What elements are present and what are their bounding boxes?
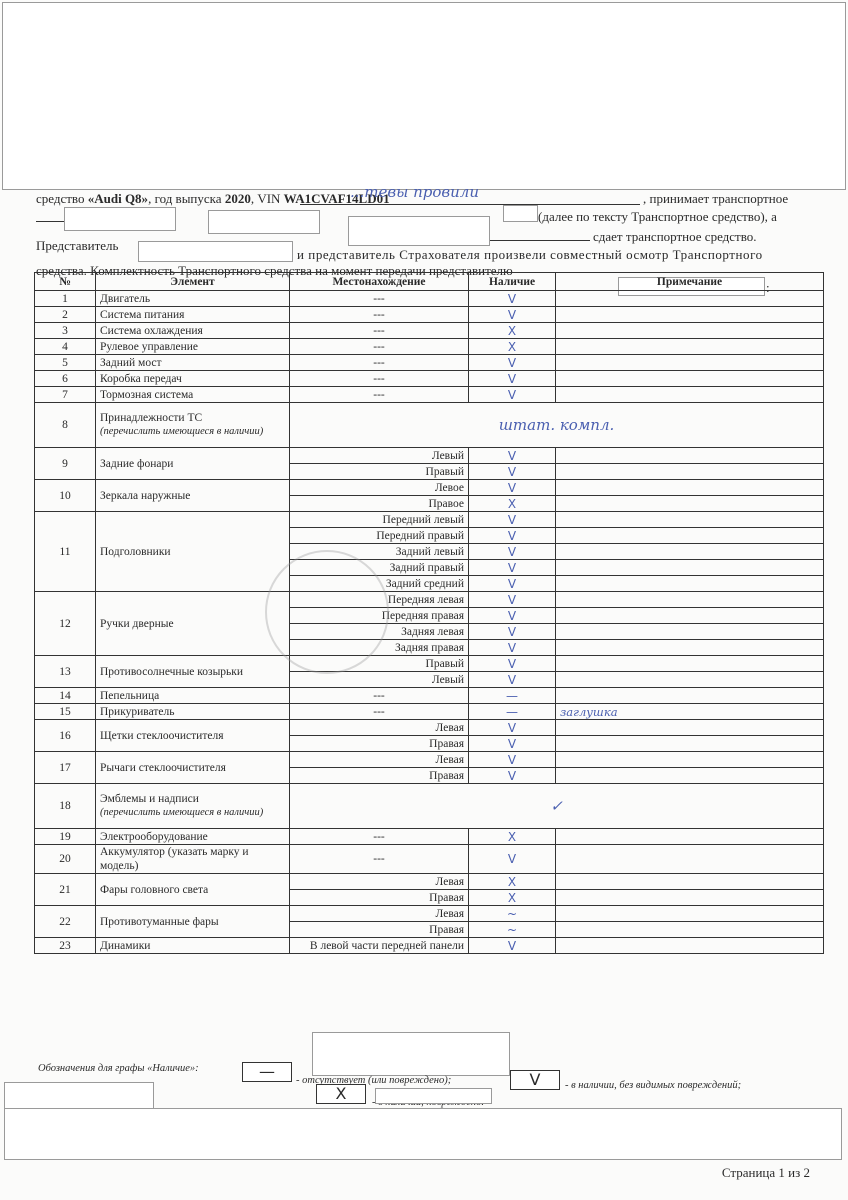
row-note: [556, 640, 824, 656]
table-row: 10Зеркала наружныеЛевоеV: [35, 480, 824, 496]
redacted-party-1: [64, 207, 176, 231]
row-presence-mark: ~: [469, 922, 556, 938]
row-element: Ручки дверные: [96, 592, 290, 656]
row-element: Динамики: [96, 938, 290, 954]
row-note: [556, 656, 824, 672]
row-presence-mark: V: [469, 938, 556, 954]
row-note: [556, 608, 824, 624]
table-row: 17Рычаги стеклоочистителяЛеваяV: [35, 752, 824, 768]
header-presence: Наличие: [469, 273, 556, 291]
table-row: 21Фары головного светаЛеваяX: [35, 874, 824, 890]
row-presence-mark: V: [469, 464, 556, 480]
row-element: Зеркала наружные: [96, 480, 290, 512]
row-presence-mark: ~: [469, 906, 556, 922]
table-row: 5Задний мост---V: [35, 355, 824, 371]
row-note: [556, 448, 824, 464]
row-note: [556, 387, 824, 403]
row-presence-mark: —: [469, 688, 556, 704]
row-location: ---: [290, 829, 469, 845]
page-number: Страница 1 из 2: [722, 1165, 810, 1181]
row-element: Задний мост: [96, 355, 290, 371]
table-row: 16Щетки стеклоочистителяЛеваяV: [35, 720, 824, 736]
row-num: 9: [35, 448, 96, 480]
row-note: [556, 890, 824, 906]
row-element: Пепельница: [96, 688, 290, 704]
row-num: 7: [35, 387, 96, 403]
table-row: 11ПодголовникиПередний левыйV: [35, 512, 824, 528]
row-location: Правый: [290, 464, 469, 480]
row-num: 12: [35, 592, 96, 656]
completeness-table: № Элемент Местонахождение Наличие Примеч…: [34, 272, 824, 954]
table-row: 4Рулевое управление---X: [35, 339, 824, 355]
row-location: ---: [290, 704, 469, 720]
legend-check-text: - в наличии, без видимых повреждений;: [565, 1080, 741, 1091]
row-location: ---: [290, 845, 469, 874]
row-element: Рычаги стеклоочистителя: [96, 752, 290, 784]
row-location: Левая: [290, 906, 469, 922]
row-merged-note: ✓: [290, 784, 824, 829]
table-row: 14Пепельница---—: [35, 688, 824, 704]
row-location: Правая: [290, 922, 469, 938]
row-num: 1: [35, 291, 96, 307]
row-num: 21: [35, 874, 96, 906]
redacted-footer-block: [4, 1108, 842, 1160]
row-location: Передний левый: [290, 512, 469, 528]
intro-prefix: средство: [36, 191, 84, 206]
row-num: 6: [35, 371, 96, 387]
row-presence-mark: V: [469, 355, 556, 371]
row-note: [556, 528, 824, 544]
watermark-logo: [265, 550, 389, 674]
row-location: ---: [290, 688, 469, 704]
row-location: Левая: [290, 874, 469, 890]
row-element: Рулевое управление: [96, 339, 290, 355]
row-num: 18: [35, 784, 96, 829]
row-presence-mark: V: [469, 371, 556, 387]
legend-dash-box: —: [242, 1062, 292, 1082]
header-location: Местонахождение: [290, 273, 469, 291]
row-note: [556, 829, 824, 845]
row-note: [556, 592, 824, 608]
table-row: 18Эмблемы и надписи(перечислить имеющиес…: [35, 784, 824, 829]
row-location: Передний правый: [290, 528, 469, 544]
row-num: 22: [35, 906, 96, 938]
row-presence-mark: X: [469, 890, 556, 906]
table-row: 7Тормозная система---V: [35, 387, 824, 403]
row-presence-mark: V: [469, 672, 556, 688]
row-num: 17: [35, 752, 96, 784]
row-note: [556, 339, 824, 355]
row-element: Принадлежности ТС(перечислить имеющиеся …: [96, 403, 290, 448]
hands-over-text: сдает транспортное средство.: [593, 229, 757, 245]
row-location: В левой части передней панели: [290, 938, 469, 954]
row-element: Щетки стеклоочистителя: [96, 720, 290, 752]
year: 2020: [225, 191, 251, 206]
table-row: 23ДинамикиВ левой части передней панелиV: [35, 938, 824, 954]
redacted-legend-mid: [375, 1088, 492, 1104]
row-element: Тормозная система: [96, 387, 290, 403]
row-num: 20: [35, 845, 96, 874]
row-location: Левый: [290, 448, 469, 464]
row-presence-mark: V: [469, 512, 556, 528]
hereafter-text: (далее по тексту Транспортное средство),…: [538, 209, 777, 225]
row-element: Двигатель: [96, 291, 290, 307]
redacted-party-2: [208, 210, 320, 234]
row-element: Аккумулятор (указать марку и модель): [96, 845, 290, 874]
row-presence-mark: V: [469, 576, 556, 592]
row-location: ---: [290, 355, 469, 371]
row-presence-mark: V: [469, 720, 556, 736]
legend-check-box: V: [510, 1070, 560, 1090]
row-note: [556, 464, 824, 480]
row-note: [556, 752, 824, 768]
element-name: Эмблемы и надписи: [100, 792, 285, 806]
row-presence-mark: V: [469, 291, 556, 307]
row-location: Левая: [290, 720, 469, 736]
redacted-party-3: [348, 216, 490, 246]
row-note: [556, 544, 824, 560]
table-row: 22Противотуманные фарыЛевая~: [35, 906, 824, 922]
car-model: «Audi Q8»: [88, 191, 148, 206]
row-note: [556, 323, 824, 339]
row-presence-mark: V: [469, 656, 556, 672]
row-note: [556, 355, 824, 371]
row-num: 8: [35, 403, 96, 448]
representative-label: Представитель: [36, 238, 118, 254]
row-note: [556, 845, 824, 874]
row-note: заглушка: [556, 704, 824, 720]
table-row: 12Ручки дверныеПередняя леваяV: [35, 592, 824, 608]
row-presence-mark: V: [469, 624, 556, 640]
row-note: [556, 720, 824, 736]
element-hint: (перечислить имеющиеся в наличии): [100, 806, 285, 820]
row-presence-mark: V: [469, 307, 556, 323]
row-presence-mark: —: [469, 704, 556, 720]
and-representative-text: и представитель Страхователя произвели с…: [297, 247, 763, 263]
row-note: [556, 688, 824, 704]
row-presence-mark: V: [469, 752, 556, 768]
row-location: Правая: [290, 890, 469, 906]
row-num: 19: [35, 829, 96, 845]
row-merged-note: штат. компл.: [290, 403, 824, 448]
row-presence-mark: V: [469, 544, 556, 560]
vin-label: , VIN: [251, 191, 281, 206]
row-note: [556, 672, 824, 688]
element-name: Принадлежности ТС: [100, 411, 285, 425]
row-location: Правое: [290, 496, 469, 512]
row-presence-mark: X: [469, 874, 556, 890]
row-element: Противосолнечные козырьки: [96, 656, 290, 688]
row-element: Коробка передач: [96, 371, 290, 387]
redacted-vin-suffix: [503, 205, 538, 222]
row-note: [556, 768, 824, 784]
row-note: [556, 307, 824, 323]
row-presence-mark: V: [469, 768, 556, 784]
row-element: Задние фонари: [96, 448, 290, 480]
row-num: 3: [35, 323, 96, 339]
row-presence-mark: V: [469, 528, 556, 544]
redacted-representative: [138, 241, 293, 262]
row-note: [556, 736, 824, 752]
row-note: [556, 291, 824, 307]
row-location: ---: [290, 339, 469, 355]
table-row: 1Двигатель---V: [35, 291, 824, 307]
row-location: ---: [290, 371, 469, 387]
name-underline: [300, 204, 640, 205]
redacted-header-block: [2, 2, 846, 190]
header-num: №: [35, 273, 96, 291]
row-location: ---: [290, 291, 469, 307]
row-note: [556, 560, 824, 576]
table-row: 19Электрооборудование---X: [35, 829, 824, 845]
row-note: [556, 906, 824, 922]
header-note: Примечание: [556, 273, 824, 291]
row-note: [556, 624, 824, 640]
accepts-text: , принимает транспортное: [643, 191, 788, 207]
party-underline-2: [490, 240, 590, 241]
row-num: 10: [35, 480, 96, 512]
row-note: [556, 922, 824, 938]
row-presence-mark: V: [469, 845, 556, 874]
row-location: Левая: [290, 752, 469, 768]
legend-cross-box: X: [316, 1084, 366, 1104]
row-note: [556, 938, 824, 954]
row-location: ---: [290, 323, 469, 339]
row-location: Левое: [290, 480, 469, 496]
row-note: [556, 371, 824, 387]
row-presence-mark: V: [469, 480, 556, 496]
row-presence-mark: V: [469, 560, 556, 576]
table-row: 15Прикуриватель---—заглушка: [35, 704, 824, 720]
row-num: 23: [35, 938, 96, 954]
row-presence-mark: X: [469, 829, 556, 845]
table-row: 20Аккумулятор (указать марку и модель)--…: [35, 845, 824, 874]
row-presence-mark: V: [469, 592, 556, 608]
row-element: Эмблемы и надписи(перечислить имеющиеся …: [96, 784, 290, 829]
table-row: 13Противосолнечные козырькиПравыйV: [35, 656, 824, 672]
row-element: Фары головного света: [96, 874, 290, 906]
row-presence-mark: X: [469, 496, 556, 512]
table-row: 9Задние фонариЛевыйV: [35, 448, 824, 464]
table-row: 6Коробка передач---V: [35, 371, 824, 387]
party-underline-1: [36, 221, 66, 222]
row-presence-mark: X: [469, 339, 556, 355]
row-location: Левый: [290, 672, 469, 688]
row-presence-mark: V: [469, 387, 556, 403]
row-note: [556, 576, 824, 592]
row-element: Прикуриватель: [96, 704, 290, 720]
row-presence-mark: V: [469, 640, 556, 656]
table-row: 8Принадлежности ТС(перечислить имеющиеся…: [35, 403, 824, 448]
legend-title: Обозначения для графы «Наличие»:: [38, 1063, 199, 1074]
row-num: 4: [35, 339, 96, 355]
row-element: Электрооборудование: [96, 829, 290, 845]
row-element: Система охлаждения: [96, 323, 290, 339]
table-row: 2Система питания---V: [35, 307, 824, 323]
row-element: Противотуманные фары: [96, 906, 290, 938]
row-num: 16: [35, 720, 96, 752]
row-location: ---: [290, 307, 469, 323]
row-note: [556, 496, 824, 512]
row-note: [556, 512, 824, 528]
row-num: 14: [35, 688, 96, 704]
redacted-signature-1: [312, 1032, 510, 1076]
row-location: Правая: [290, 736, 469, 752]
row-note: [556, 874, 824, 890]
handwritten-name: ...тевы провили: [350, 183, 479, 201]
element-hint: (перечислить имеющиеся в наличии): [100, 425, 285, 439]
header-element: Элемент: [96, 273, 290, 291]
redacted-legend-left: [4, 1082, 154, 1110]
row-location: Правая: [290, 768, 469, 784]
row-element: Подголовники: [96, 512, 290, 592]
row-presence-mark: V: [469, 448, 556, 464]
row-location: ---: [290, 387, 469, 403]
row-num: 13: [35, 656, 96, 688]
row-presence-mark: V: [469, 736, 556, 752]
year-label: , год выпуска: [148, 191, 222, 206]
row-num: 15: [35, 704, 96, 720]
row-presence-mark: X: [469, 323, 556, 339]
row-element: Система питания: [96, 307, 290, 323]
row-note: [556, 480, 824, 496]
row-num: 5: [35, 355, 96, 371]
row-presence-mark: V: [469, 608, 556, 624]
row-num: 2: [35, 307, 96, 323]
row-num: 11: [35, 512, 96, 592]
table-row: 3Система охлаждения---X: [35, 323, 824, 339]
table-header-row: № Элемент Местонахождение Наличие Примеч…: [35, 273, 824, 291]
